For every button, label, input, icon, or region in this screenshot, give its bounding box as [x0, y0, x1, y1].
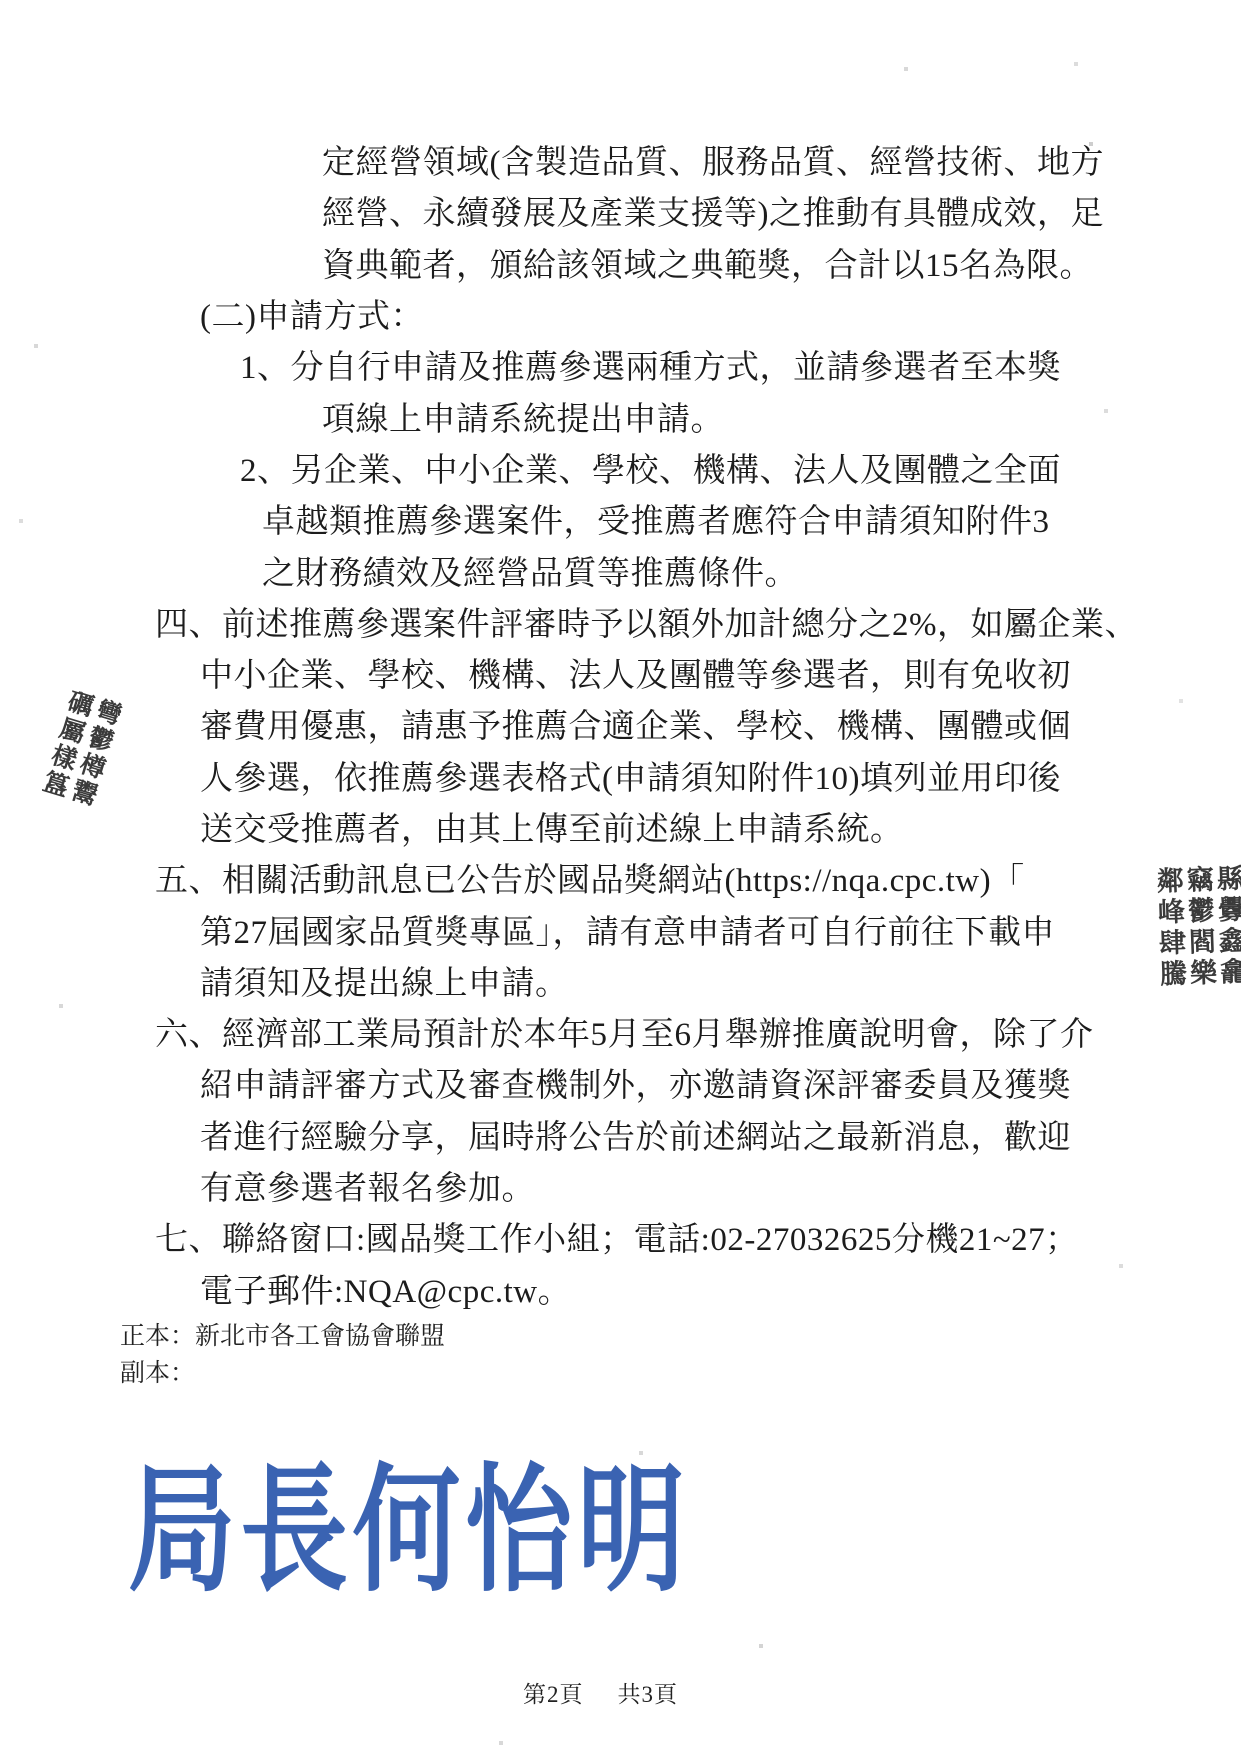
document-body-text: 定經營領域(含製造品質、服務品質、經營技術、地方 經營、永續發展及產業支援等)之…: [0, 134, 1241, 1314]
doc-line: 資典範者，頒給該領域之典範獎，合計以15名為限。: [0, 237, 1241, 288]
doc-line: 卓越類推薦參選案件，受推薦者應符合申請須知附件3: [0, 493, 1241, 544]
seal-glyph: 鄰: [1155, 867, 1186, 899]
seal-glyph: 峰: [1156, 898, 1187, 930]
doc-line: 紹申請評審方式及審查機制外，亦邀請資深評審委員及獲獎: [0, 1057, 1241, 1108]
seal-glyph: 龕: [1218, 957, 1241, 989]
doc-line-item-five: 五、相關活動訊息已公告於國品獎網站(https://nqa.cpc.tw)「: [0, 852, 1241, 903]
doc-line: 請須知及提出線上申請。: [0, 955, 1241, 1006]
seal-glyph: 鬱: [1186, 896, 1217, 928]
doc-line: 人參選，依推薦參選表格式(申請須知附件10)填列並用印後: [0, 750, 1241, 801]
doc-line: 項線上申請系統提出申請。: [0, 390, 1241, 441]
seal-glyph: 騰: [1158, 960, 1189, 992]
scanned-document-page: 定經營領域(含製造品質、服務品質、經營技術、地方 經營、永續發展及產業支援等)之…: [0, 0, 1241, 1755]
doc-line: 者進行經驗分享，屆時將公告於前述網站之最新消息，歡迎: [0, 1109, 1241, 1160]
doc-line-item-six: 六、經濟部工業局預計於本年5月至6月舉辦推廣說明會，除了介: [0, 1006, 1241, 1057]
doc-line-item-seven-contact: 七、聯絡窗口:國品獎工作小組；電話:02-27032625分機21~27；: [0, 1211, 1241, 1262]
doc-line: 之財務績效及經營品質等推薦條件。: [0, 544, 1241, 595]
doc-line-item-four: 四、前述推薦參選案件評審時予以額外加計總分之2%，如屬企業、: [0, 596, 1241, 647]
seal-glyph: 竊: [1185, 866, 1216, 898]
doc-line: 審費用優惠，請惠予推薦合適企業、學校、機構、團體或個: [0, 698, 1241, 749]
current-page-label: 第2頁: [523, 1682, 584, 1707]
total-pages-label: 共3頁: [618, 1682, 679, 1707]
doc-line-numbered-item: 1、分自行申請及推薦參選兩種方式，並請參選者至本獎: [0, 339, 1241, 390]
page-footer: 第2頁共3頁: [0, 1676, 1221, 1709]
seal-glyph: 樂: [1188, 958, 1219, 990]
seal-glyph: 縣: [1215, 864, 1241, 896]
doc-line-email: 電子郵件:NQA@cpc.tw。: [0, 1263, 1241, 1314]
right-seal-stamp: 鄰 峰 肆 騰 竊 鬱 閻 樂 縣 釁 鑫 龕: [1155, 864, 1241, 991]
doc-line-numbered-item: 2、另企業、中小企業、學校、機構、法人及團體之全面: [0, 442, 1241, 493]
doc-line: 定經營領域(含製造品質、服務品質、經營技術、地方: [0, 134, 1241, 185]
doc-line-section-header: (二)申請方式：: [0, 288, 1241, 339]
seal-glyph: 閻: [1187, 927, 1218, 959]
distribution-list: 正本：新北市各工會協會聯盟 副本：: [120, 1318, 445, 1392]
doc-line: 經營、永續發展及產業支援等)之推動有具體成效，足: [0, 185, 1241, 236]
director-signature-stamp: 局長何怡明: [128, 1420, 690, 1618]
scan-noise-speckles: [0, 0, 2, 2]
seal-glyph: 肆: [1157, 929, 1188, 961]
doc-line: 有意參選者報名參加。: [0, 1160, 1241, 1211]
seal-glyph: 鑫: [1217, 926, 1241, 958]
doc-line: 送交受推薦者，由其上傳至前述線上申請系統。: [0, 801, 1241, 852]
doc-line: 中小企業、學校、機構、法人及團體等參選者，則有免收初: [0, 647, 1241, 698]
doc-line: 第27屆國家品質獎專區」，請有意申請者可自行前往下載申: [0, 903, 1241, 954]
cc-recipient-line: 副本：: [120, 1355, 445, 1392]
seal-glyph: 釁: [1216, 895, 1241, 927]
original-recipient-line: 正本：新北市各工會協會聯盟: [120, 1318, 445, 1355]
